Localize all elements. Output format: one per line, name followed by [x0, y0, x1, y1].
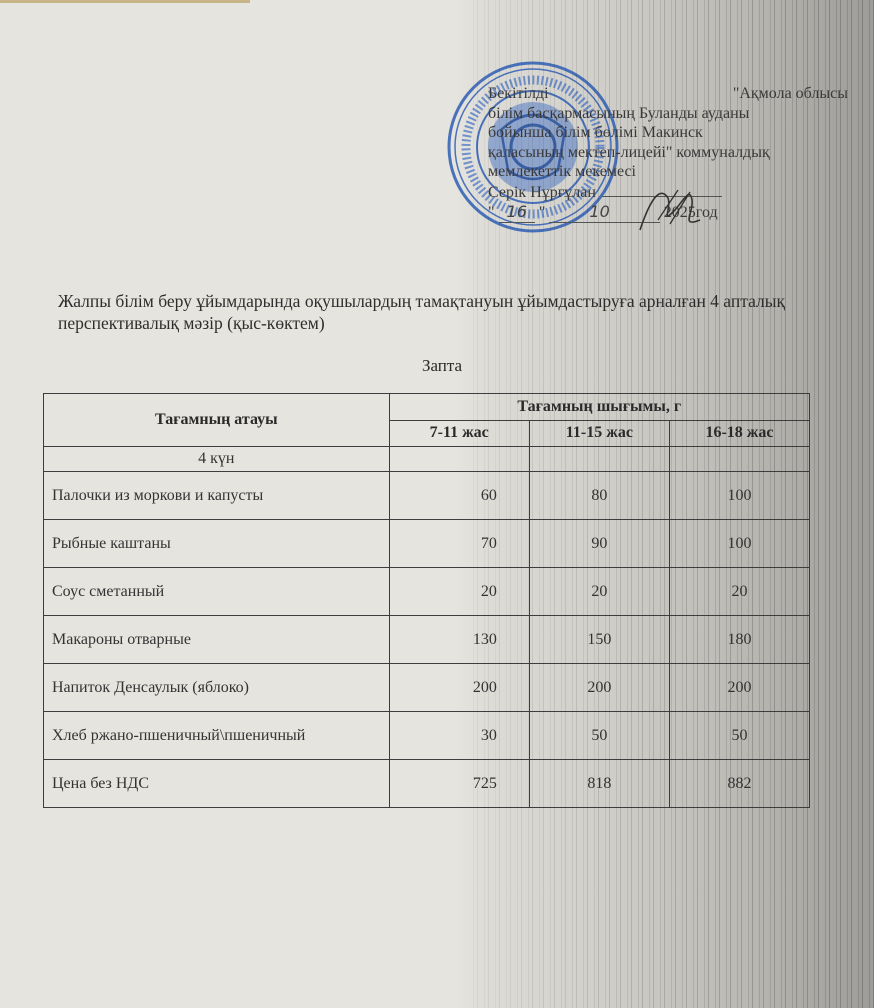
yield-11-15: 200	[529, 664, 669, 712]
yield-11-15: 90	[529, 520, 669, 568]
table-row: Палочки из моркови и капусты 60 80 100	[44, 472, 810, 520]
yield-11-15: 80	[529, 472, 669, 520]
document-title: Жалпы білім беру ұйымдарында оқушылардың…	[58, 290, 828, 334]
yield-7-11: 200	[389, 664, 529, 712]
yield-16-18: 200	[669, 664, 809, 712]
price-7-11: 725	[389, 760, 529, 808]
yield-7-11: 30	[389, 712, 529, 760]
dish-name: Палочки из моркови и капусты	[44, 472, 390, 520]
date-quote: "	[539, 203, 546, 223]
org-name-line-2: білім басқармасының Буланды ауданы	[488, 104, 848, 124]
dish-name: Макароны отварные	[44, 616, 390, 664]
price-label: Цена без НДС	[44, 760, 390, 808]
dish-name: Хлеб ржано-пшеничный\пшеничный	[44, 712, 390, 760]
org-name-line-4: қаласының мектеп-лицейі" коммуналдық	[488, 143, 848, 163]
table-row: Рыбные каштаны 70 90 100	[44, 520, 810, 568]
yield-16-18: 180	[669, 616, 809, 664]
price-16-18: 882	[669, 760, 809, 808]
header-age-11-15: 11-15 жас	[529, 420, 669, 447]
org-name-line-1: "Ақмола облысы	[733, 84, 848, 104]
table-row: Напиток Денсаулык (яблоко) 200 200 200	[44, 664, 810, 712]
table-row: Хлеб ржано-пшеничный\пшеничный 30 50 50	[44, 712, 810, 760]
table-row: Соус сметанный 20 20 20	[44, 568, 810, 616]
yield-7-11: 60	[389, 472, 529, 520]
page-edge	[0, 0, 250, 3]
yield-11-15: 50	[529, 712, 669, 760]
signer-name: Серік Нұрғұлан	[488, 184, 596, 201]
dish-name: Рыбные каштаны	[44, 520, 390, 568]
org-name-line-5: мемлекеттік мекемесі	[488, 162, 848, 182]
table-row: Макароны отварные 130 150 180	[44, 616, 810, 664]
yield-16-18: 100	[669, 520, 809, 568]
date-quote: "	[488, 203, 495, 223]
header-age-16-18: 16-18 жас	[669, 420, 809, 447]
signature-icon	[630, 180, 710, 240]
yield-16-18: 20	[669, 568, 809, 616]
price-11-15: 818	[529, 760, 669, 808]
yield-11-15: 150	[529, 616, 669, 664]
week-label: Запта	[0, 356, 874, 376]
header-dish-name: Тағамның атауы	[44, 394, 390, 447]
menu-table: Тағамның атауы Тағамның шығымы, г 7-11 ж…	[43, 393, 810, 808]
org-name-line-3: бойынша білім бөлімі Макинск	[488, 123, 848, 143]
yield-7-11: 130	[389, 616, 529, 664]
header-yield: Тағамның шығымы, г	[389, 394, 809, 421]
yield-7-11: 70	[389, 520, 529, 568]
approved-label: Бекітілді	[488, 84, 549, 104]
yield-16-18: 50	[669, 712, 809, 760]
yield-16-18: 100	[669, 472, 809, 520]
date-day: 16	[499, 202, 535, 223]
dish-name: Соус сметанный	[44, 568, 390, 616]
dish-name: Напиток Денсаулык (яблоко)	[44, 664, 390, 712]
header-age-7-11: 7-11 жас	[389, 420, 529, 447]
yield-11-15: 20	[529, 568, 669, 616]
day-label: 4 күн	[44, 447, 390, 472]
price-row: Цена без НДС 725 818 882	[44, 760, 810, 808]
yield-7-11: 20	[389, 568, 529, 616]
scanned-page: Бекітілді "Ақмола облысы білім басқармас…	[0, 0, 874, 1008]
